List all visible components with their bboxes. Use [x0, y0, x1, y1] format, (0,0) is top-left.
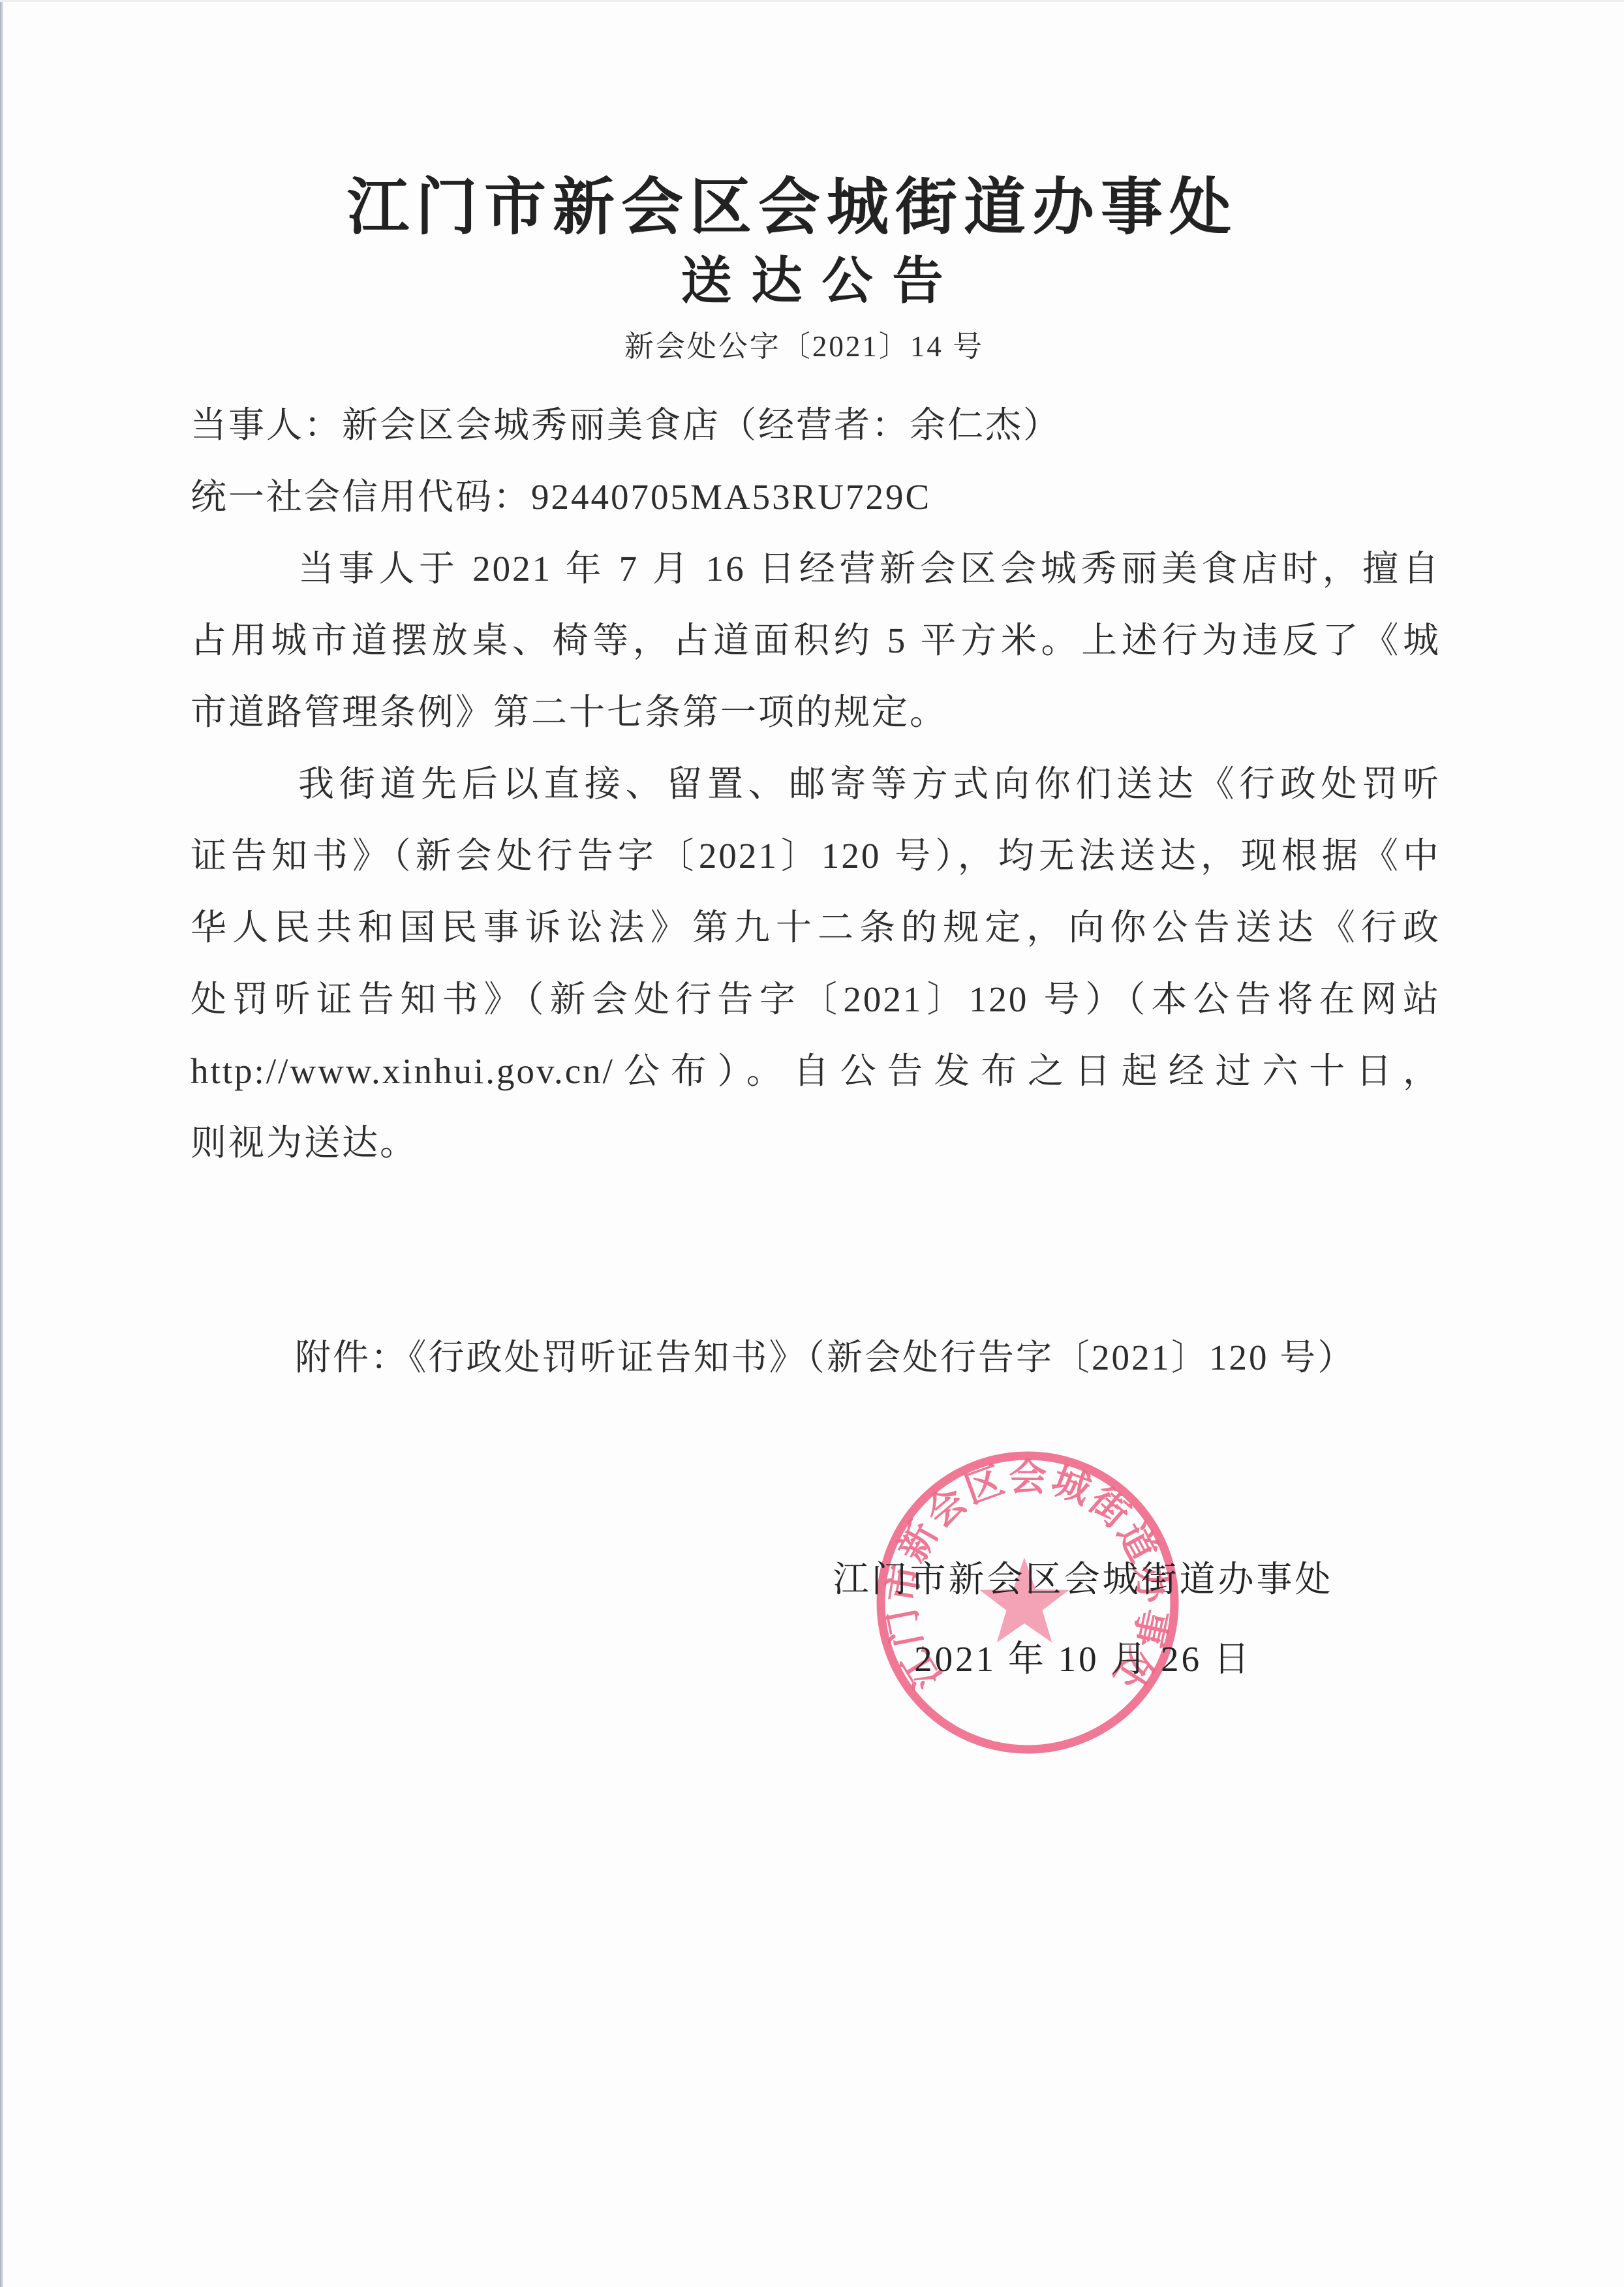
signature-date: 2021 年 10 月 26 日 [809, 1630, 1357, 1681]
body-line-party: 当事人：新会区会城秀丽美食店（经营者：余仁杰） [191, 405, 1441, 446]
document-number: 新会处公字〔2021〕14 号 [0, 322, 1616, 365]
body-line: 当事人于 2021 年 7 月 16 日经营新会区会城秀丽美食店时，擅自 [191, 548, 1441, 590]
scan-edge-top [0, 0, 1624, 2]
official-seal: 江门市新会区会城街道办事处 [871, 1446, 1184, 1759]
body-line: 华人民共和国民事诉讼法》第九十二条的规定，向你公告送达《行政 [191, 907, 1441, 949]
body-line: 处罚听证告知书》（新会处行告字〔2021〕120 号）（本公告将在网站 [191, 979, 1441, 1021]
body-line: 证告知书》（新会处行告字〔2021〕120 号），均无法送达，现根据《中 [191, 835, 1441, 877]
document-page: 江门市新会区会城街道办事处 送达公告 新会处公字〔2021〕14 号 当事人：新… [0, 0, 1624, 2287]
body-line: 则视为送达。 [191, 1122, 1441, 1164]
title-org-name: 江门市新会区会城街道办事处 [0, 158, 1604, 247]
signature-org-name: 江门市新会区会城街道办事处 [809, 1550, 1357, 1602]
body-line: 我街道先后以直接、留置、邮寄等方式向你们送达《行政处罚听 [191, 763, 1441, 805]
body-line-credit-code: 统一社会信用代码：92440705MA53RU729C [191, 476, 1441, 518]
title-notice-type: 送达公告 [0, 240, 1624, 313]
body-line: 市道路管理条例》第二十七条第一项的规定。 [191, 692, 1441, 733]
body-line: 占用城市道摆放桌、椅等，占道面积约 5 平方米。上述行为违反了《城 [191, 620, 1441, 662]
body-line-url: http://www.xinhui.gov.cn/公布）。自公告发布之日起经过六… [191, 1051, 1441, 1092]
attachment-line: 附件：《行政处罚听证告知书》（新会处行告字〔2021〕120 号） [191, 1328, 1441, 1380]
